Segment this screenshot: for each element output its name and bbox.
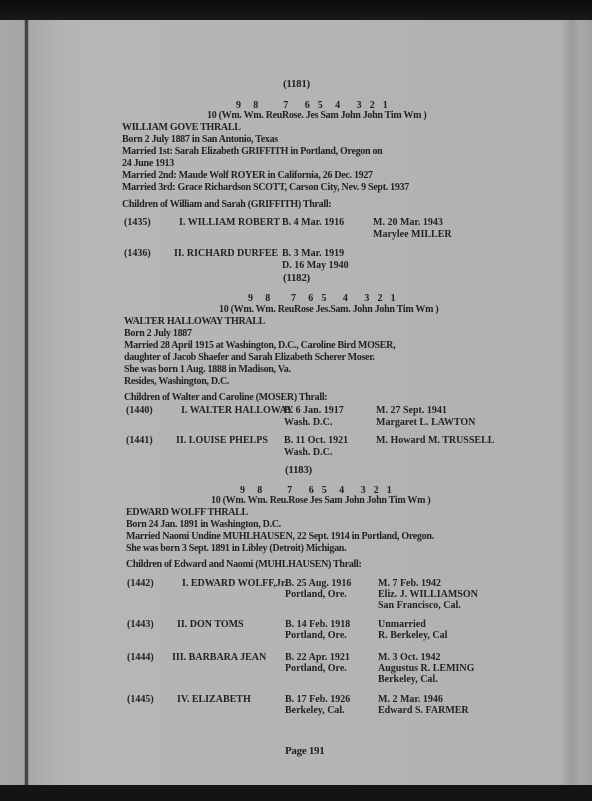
- child-residence: R. Berkeley, Cal: [378, 630, 447, 642]
- scan-top-edge: [0, 0, 592, 22]
- child-id: (1435): [124, 217, 151, 229]
- children-heading: Children of William and Sarah (GRIFFITH)…: [122, 199, 331, 211]
- child-name: II. LOUISE PHELPS: [176, 435, 268, 447]
- child-id: (1440): [126, 405, 153, 417]
- person-name: WALTER HALLOWAY THRALL: [124, 316, 265, 328]
- child-name: II. DON TOMS: [177, 619, 244, 631]
- scan-bottom-edge: [0, 785, 592, 801]
- children-heading: Children of Edward and Naomi (MUHLHAUSEN…: [126, 559, 362, 571]
- child-birth: B. 4 Mar. 1916: [282, 217, 344, 229]
- person-detail: Born 2 July 1887: [124, 328, 192, 340]
- child-name: I. WILLIAM ROBERT: [179, 217, 280, 229]
- section-number: (1183): [285, 464, 312, 476]
- person-detail: Married 28 April 1915 at Washington, D.C…: [124, 340, 395, 352]
- child-birthplace: Portland, Ore.: [285, 589, 347, 601]
- generation-names: 10 (Wm. Wm. ReuRose. Jes Sam John John T…: [207, 110, 426, 122]
- section-number: (1181): [283, 78, 310, 90]
- child-name: I. EDWARD WOLFF,Jr.: [182, 578, 287, 590]
- page-footer: Page 191: [285, 745, 324, 757]
- children-heading: Children of Walter and Caroline (MOSER) …: [124, 392, 327, 404]
- child-marriage: M. 27 Sept. 1941: [376, 405, 447, 417]
- child-id: (1441): [126, 435, 153, 447]
- child-id: (1442): [127, 578, 154, 590]
- child-spouse: Margaret L. LAWTON: [376, 417, 475, 429]
- person-detail: Born 2 July 1887 in San Antonio, Texas: [122, 134, 278, 146]
- child-spouse: Edward S. FARMER: [378, 705, 469, 717]
- person-detail: She was born 1 Aug. 1888 in Madison, Va.: [124, 364, 291, 376]
- child-id: (1436): [124, 248, 151, 260]
- person-detail: daughter of Jacob Shaefer and Sarah Eliz…: [124, 352, 375, 364]
- child-death: D. 16 May 1940: [282, 260, 349, 272]
- person-detail: Married Naomi Undine MUHLHAUSEN, 22 Sept…: [126, 531, 434, 543]
- child-birthplace: Wash. D.C.: [284, 447, 332, 459]
- child-name: IV. ELIZABETH: [177, 694, 251, 706]
- child-marriage: M. 20 Mar. 1943: [373, 217, 443, 229]
- generation-names: 10 (Wm. Wm. Reu.Rose Jes Sam John John T…: [211, 495, 430, 507]
- child-id: (1443): [127, 619, 154, 631]
- child-name: II. RICHARD DURFEE: [174, 248, 278, 260]
- person-name: EDWARD WOLFF THRALL: [126, 507, 248, 519]
- child-birthplace: Wash. D.C.: [284, 417, 332, 429]
- child-spouse: Marylee MILLER: [373, 229, 452, 241]
- child-birthplace: Berkeley, Cal.: [285, 705, 345, 717]
- child-id: (1445): [127, 694, 154, 706]
- child-birth: B. 11 Oct. 1921: [284, 435, 348, 447]
- child-name: I. WALTER HALLOWAY: [181, 405, 293, 417]
- child-name: III. BARBARA JEAN: [172, 652, 266, 664]
- person-detail: Married 1st: Sarah Elizabeth GRIFFITH in…: [122, 146, 382, 158]
- generation-names: 10 (Wm. Wm. ReuRose Jes.Sam. John John T…: [219, 304, 438, 316]
- child-residence: Berkeley, Cal.: [378, 674, 438, 686]
- child-marriage: M. Howard M. TRUSSELL: [376, 435, 494, 447]
- person-detail: 24 June 1913: [122, 158, 174, 170]
- child-birth: B. 3 Mar. 1919: [282, 248, 344, 260]
- child-birthplace: Portland, Ore.: [285, 630, 347, 642]
- person-name: WILLIAM GOVE THRALL: [122, 122, 241, 134]
- book-binding-gutter: [25, 20, 28, 786]
- person-detail: Resides, Washington, D.C.: [124, 376, 229, 388]
- child-birth: B. 6 Jan. 1917: [284, 405, 344, 417]
- section-number: (1182): [283, 272, 310, 284]
- person-detail: She was born 3 Sept. 1891 in Libley (Det…: [126, 543, 346, 555]
- person-detail: Married 2nd: Maude Wolf ROYER in Califor…: [122, 170, 373, 182]
- person-detail: Married 3rd: Grace Richardson SCOTT, Car…: [122, 182, 409, 194]
- child-id: (1444): [127, 652, 154, 664]
- child-residence: San Francisco, Cal.: [378, 600, 461, 612]
- child-birthplace: Portland, Ore.: [285, 663, 347, 675]
- person-detail: Born 24 Jan. 1891 in Washington, D.C.: [126, 519, 281, 531]
